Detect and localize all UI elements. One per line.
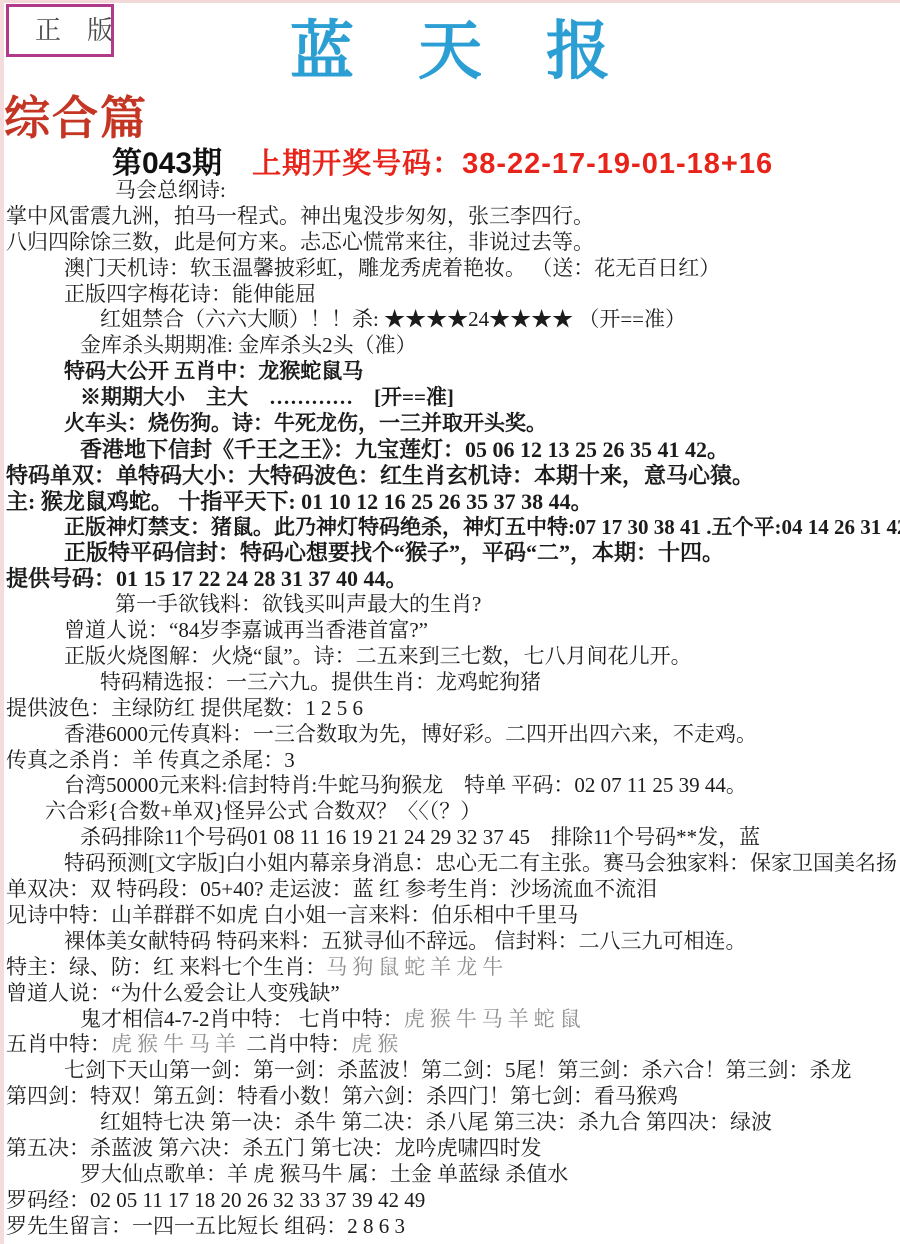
text-line: 特码精选报：一三六九。提供生肖：龙鸡蛇狗猪 (0, 670, 900, 696)
text-line: 第一手欲钱料：欲钱买叫声最大的生肖? (0, 592, 900, 618)
text-line: 第四剑：特双！第五剑：特看小数！第六剑：杀四门！第七剑：看马猴鸡 (0, 1084, 900, 1110)
text-line: 台湾50000元来料:信封特肖:牛蛇马狗猴龙 特单 平码：02 07 11 25… (0, 773, 900, 799)
text-line: 见诗中特：山羊群群不如虎 白小姐一言来料：伯乐相中千里马 (0, 903, 900, 929)
newspaper-page: 正版 蓝 天 报 综合篇 第043期 上期开奖号码：38-22-17-19-01… (0, 0, 900, 1244)
text-line: 罗大仙点歌单：羊 虎 猴马牛 属：土金 单蓝绿 杀值水 (0, 1162, 900, 1188)
text-line: 香港6000元传真料：一三合数取为先，博好彩。二四开出四六来，不走鸡。 (0, 722, 900, 748)
text-line: 红姐禁合（六六大顺）！！杀: ★★★★24★★★★ （开==准） (0, 307, 900, 333)
text-line: 八归四除馀三数，此是何方来。忐忑心慌常来往，非说过去等。 (0, 230, 900, 256)
text-line: 曾道人说：“84岁李嘉诚再当香港首富?” (0, 618, 900, 644)
text-line: 提供号码：01 15 17 22 24 28 31 37 40 44。 (0, 566, 900, 592)
issue-row: 第043期 上期开奖号码：38-22-17-19-01-18+16 (112, 138, 773, 182)
text-line: 单双决：双 特码段：05+40? 走运波：蓝 红 参考生肖：沙场流血不流泪 (0, 877, 900, 903)
text-line: 特码大公开 五肖中：龙猴蛇鼠马 (0, 359, 900, 385)
text-line: 曾道人说：“为什么爱会让人变残缺” (0, 981, 900, 1007)
text-line: 主: 猴龙鼠鸡蛇。 十指平天下: 01 10 12 16 25 26 35 37… (0, 489, 900, 515)
text-line: 马会总纲诗: (0, 178, 900, 204)
text-line: 金库杀头期期准: 金库杀头2头（准） (0, 333, 900, 359)
text-line: 正版火烧图解：火烧“鼠”。诗：二五来到三七数，七八月间花儿开。 (0, 644, 900, 670)
issue-number: 第043期 (112, 138, 222, 182)
text-line: 特主：绿、防：红 来料七个生肖：马狗鼠蛇羊龙牛 (0, 955, 900, 981)
newspaper-title: 蓝 天 报 (0, 0, 900, 92)
text-line: 五肖中特：虎猴牛马羊 二肖中特：虎猴 (0, 1032, 900, 1058)
text-line: 澳门天机诗：软玉温馨披彩虹，雕龙秀虎着艳妆。 （送：花无百日红） (0, 256, 900, 282)
tips-body: 马会总纲诗: 掌中风雷震九洲，拍马一程式。神出鬼没步匆匆，张三李四行。 八归四除… (0, 178, 900, 1240)
text-line: 正版四字梅花诗：能伸能屈 (0, 282, 900, 308)
text-line: 七剑下天山第一剑：第一剑：杀蓝波！第二剑：5尾！第三剑：杀六合！第三剑：杀龙 (0, 1058, 900, 1084)
text-line: ※期期大小 主大 ………… [开==准] (0, 385, 900, 411)
text-line: 传真之杀肖：羊 传真之杀尾：3 (0, 748, 900, 774)
text-line: 第五决：杀蓝波 第六决：杀五门 第七决：龙吟虎啸四时发 (0, 1136, 900, 1162)
text-line: 提供波色：主绿防红 提供尾数：1 2 5 6 (0, 696, 900, 722)
text-line: 火车头：烧伤狗。诗：牛死龙伤，一三并取开头奖。 (0, 411, 900, 437)
text-line: 鬼才相信4-7-2肖中特： 七肖中特：虎猴牛马羊蛇鼠 (0, 1007, 900, 1033)
text-line: 罗码经：02 05 11 17 18 20 26 32 33 37 39 42 … (0, 1188, 900, 1214)
text-line: 杀码排除11个号码01 08 11 16 19 21 24 29 32 37 4… (0, 825, 900, 851)
text-line: 六合彩{合数+单双}怪异公式 合数双？〈〈（？） (0, 799, 900, 825)
text-line: 红姐特七决 第一决：杀牛 第二决：杀八尾 第三决：杀九合 第四决：绿波 (0, 1110, 900, 1136)
text-line: 裸体美女献特码 特码来料：五狱寻仙不辞远。 信封料：二八三九可相连。 (0, 929, 900, 955)
text-line: 掌中风雷震九洲，拍马一程式。神出鬼没步匆匆，张三李四行。 (0, 204, 900, 230)
text-line: 正版神灯禁支：猪鼠。此乃神灯特码绝杀，神灯五中特:07 17 30 38 41 … (0, 515, 900, 541)
text-line: 香港地下信封《千王之王》：九宝莲灯：05 06 12 13 25 26 35 4… (0, 437, 900, 463)
text-line: 罗先生留言：一四一五比短长 组码：2 8 6 3 (0, 1214, 900, 1240)
masthead: 正版 蓝 天 报 综合篇 第043期 上期开奖号码：38-22-17-19-01… (0, 0, 900, 178)
last-draw-numbers: 上期开奖号码：38-22-17-19-01-18+16 (252, 141, 773, 182)
text-line: 特码预测[文字版]白小姐内幕亲身消息：忠心无二有主张。赛马会独家料：保家卫国美名… (0, 851, 900, 877)
text-line: 特码单双：单特码大小：大特码波色：红生肖玄机诗：本期十来，意马心猿。 (0, 463, 900, 489)
text-line: 正版特平码信封：特码心想要找个“猴子”，平码“二”，本期：十四。 (0, 540, 900, 566)
